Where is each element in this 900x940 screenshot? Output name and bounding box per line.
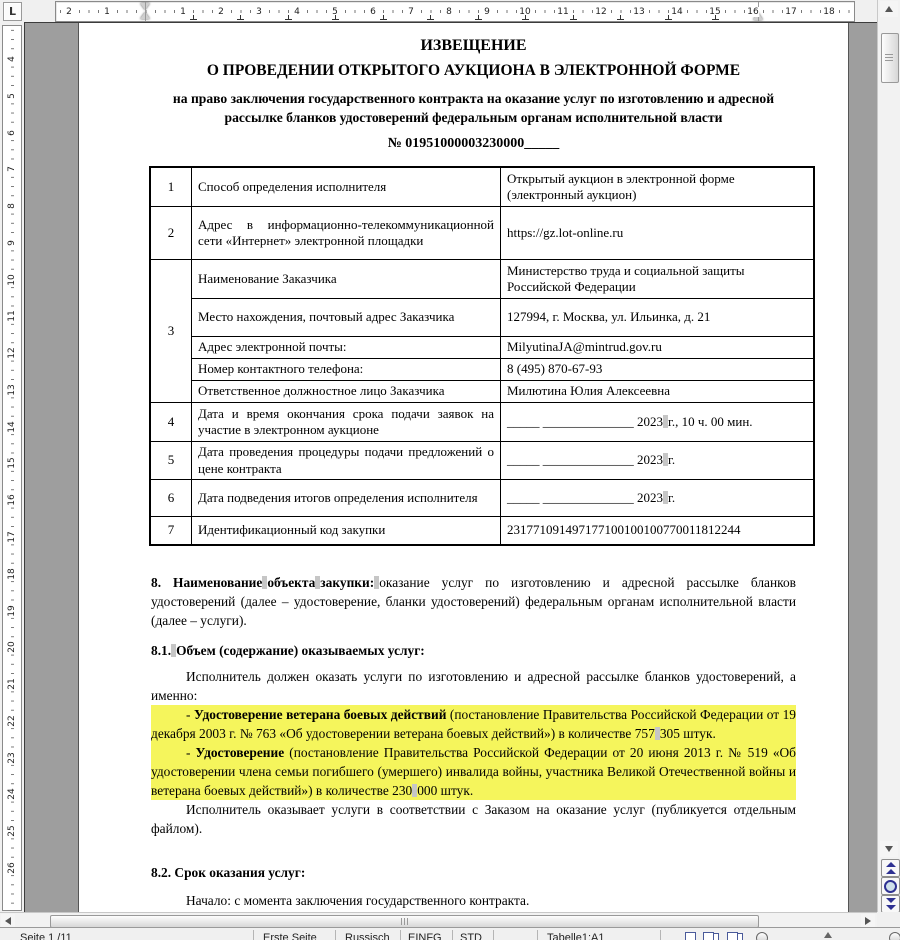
tab-stop-mark — [475, 15, 482, 20]
ruler-number: 10 — [7, 273, 17, 286]
ruler-number: 11 — [556, 7, 569, 17]
horizontal-scrollbar[interactable] — [0, 912, 877, 928]
ruler-number: 17 — [784, 7, 797, 17]
navigation-dot-icon — [884, 880, 897, 893]
ruler-number: 22 — [7, 714, 17, 727]
notice-info-table: 1 Способ определения исполнителя Открыты… — [149, 166, 815, 546]
tab-stop-mark — [285, 15, 292, 20]
double-triangle-down-icon — [886, 898, 896, 903]
ruler-number: 23 — [7, 751, 17, 764]
scroll-up-icon — [885, 6, 893, 12]
ruler-number: 9 — [483, 7, 491, 17]
order-paragraph: Исполнитель оказывает услуги в соответст… — [151, 800, 796, 838]
ruler-number: 16 — [746, 7, 759, 17]
scroll-down-icon — [885, 846, 893, 852]
ruler-number: 24 — [7, 788, 17, 801]
ruler-number: 15 — [7, 457, 17, 470]
ruler-number: 3 — [255, 7, 263, 17]
layout-multi-page-icon[interactable] — [703, 932, 714, 940]
tab-stop-mark — [522, 15, 529, 20]
doc-subtitle: на право заключения государственного кон… — [151, 89, 796, 127]
section-8-heading-paragraph: 8. Наименованиеобъектазакупки:оказание у… — [151, 573, 796, 630]
doc-number-line: № 01951000003230000_____ — [151, 134, 796, 153]
highlight-paragraph-2: - Удостоверение (постановление Правитель… — [151, 743, 796, 800]
ruler-number: 25 — [7, 824, 17, 837]
scroll-left-button[interactable] — [1, 914, 15, 927]
zoom-value-icon[interactable] — [889, 932, 900, 940]
status-selection-mode[interactable]: STD — [460, 932, 482, 940]
navigation-button[interactable] — [881, 877, 900, 895]
status-bar: Seite 1 /11 Erste Seite Russisch EINFG S… — [0, 927, 900, 940]
highlight-paragraph-1: - Удостоверение ветерана боевых действий… — [151, 705, 796, 743]
vertical-scrollbar[interactable] — [877, 0, 900, 912]
tab-stop-mark — [427, 15, 434, 20]
tab-stop-mark — [570, 15, 577, 20]
ruler-number: 2 — [65, 7, 73, 17]
ruler-number: 11 — [7, 310, 17, 323]
tab-stop-mark — [332, 15, 339, 20]
ruler-number: 8 — [445, 7, 453, 17]
ruler-number: 6 — [7, 129, 17, 137]
tab-stop-mark — [665, 15, 672, 20]
previous-page-button[interactable] — [881, 859, 900, 877]
tab-stop-mark — [712, 15, 719, 20]
status-page-style[interactable]: Erste Seite — [263, 932, 317, 940]
status-insert-mode[interactable]: EINFG — [408, 932, 442, 940]
ruler-number: 2 — [217, 7, 225, 17]
scroll-down-button[interactable] — [880, 841, 898, 857]
start-paragraph: Начало: с момента заключения государстве… — [151, 891, 796, 910]
status-table-cell: Tabelle1:A1 — [547, 932, 605, 940]
document-workspace: ИЗВЕЩЕНИЕ О ПРОВЕДЕНИИ ОТКРЫТОГО АУКЦИОН… — [24, 22, 877, 913]
scroll-up-button[interactable] — [880, 1, 898, 17]
vertical-scrollbar-thumb[interactable] — [881, 33, 899, 83]
horizontal-ruler[interactable]: 21123456789101112131415161718 — [55, 1, 855, 22]
document-page[interactable]: ИЗВЕЩЕНИЕ О ПРОВЕДЕНИИ ОТКРЫТОГО АУКЦИОН… — [78, 23, 849, 913]
doc-title: ИЗВЕЩЕНИЕ — [151, 36, 796, 56]
section-8-1-heading: 8.1.Объем (содержание) оказываемых услуг… — [151, 641, 796, 660]
ruler-number: 1 — [179, 7, 187, 17]
table-row: Адрес электронной почты: MilyutinaJA@min… — [150, 337, 814, 359]
ruler-number: 9 — [7, 239, 17, 247]
ruler-number: 6 — [369, 7, 377, 17]
ruler-number: 26 — [7, 861, 17, 874]
tab-stop-mark — [190, 15, 197, 20]
ruler-bar: L 21123456789101112131415161718 — [0, 0, 876, 22]
scroll-right-icon — [865, 917, 871, 925]
zoom-slider-knob[interactable] — [756, 932, 768, 940]
ruler-number: 18 — [822, 7, 835, 17]
table-row: 2 Адрес в информационно-телекоммуникацио… — [150, 207, 814, 260]
scrollbar-corner — [877, 912, 900, 927]
vertical-ruler-column: 4567891011121314151617181920212223242526 — [0, 22, 24, 912]
table-row: Номер контактного телефона: 8 (495) 870-… — [150, 359, 814, 381]
ruler-number: 12 — [594, 7, 607, 17]
table-row: Ответственное должностное лицо Заказчика… — [150, 381, 814, 403]
double-triangle-down-icon2 — [886, 905, 896, 910]
ruler-number: 14 — [670, 7, 683, 17]
ruler-number: 16 — [7, 494, 17, 507]
ruler-number: 7 — [407, 7, 415, 17]
layout-book-icon[interactable] — [727, 932, 738, 940]
table-row: 3 Наименование Заказчика Министерство тр… — [150, 260, 814, 299]
next-page-button[interactable] — [881, 895, 900, 913]
ruler-number: 13 — [632, 7, 645, 17]
ruler-number: 19 — [7, 604, 17, 617]
table-row: 7 Идентификационный код закупки 23177109… — [150, 517, 814, 546]
ruler-number: 14 — [7, 420, 17, 433]
doc-title-line2: О ПРОВЕДЕНИИ ОТКРЫТОГО АУКЦИОНА В ЭЛЕКТР… — [151, 61, 796, 81]
status-page-number[interactable]: Seite 1 /11 — [20, 932, 72, 940]
double-triangle-up-icon — [886, 862, 896, 867]
left-margin-line — [145, 2, 146, 21]
ruler-number: 12 — [7, 346, 17, 359]
ruler-number: 1 — [103, 7, 111, 17]
zoom-marker-icon[interactable] — [824, 932, 832, 938]
table-row: 4 Дата и время окончания срока подачи за… — [150, 403, 814, 442]
ruler-number: 8 — [7, 202, 17, 210]
intro-paragraph: Исполнитель должен оказать услуги по изг… — [151, 667, 796, 705]
ruler-number: 21 — [7, 677, 17, 690]
scroll-right-button[interactable] — [861, 914, 875, 927]
section-8-2-heading: 8.2. Срок оказания услуг: — [151, 863, 796, 882]
ruler-number: 18 — [7, 567, 17, 580]
tab-stop-mark — [237, 15, 244, 20]
ruler-number: 7 — [7, 165, 17, 173]
ruler-number: 4 — [293, 7, 301, 17]
tab-stop-mark — [380, 15, 387, 20]
ruler-number: 20 — [7, 641, 17, 654]
ruler-number: 17 — [7, 530, 17, 543]
scroll-left-icon — [5, 917, 11, 925]
double-triangle-up-icon2 — [886, 869, 896, 874]
ruler-number: 5 — [7, 92, 17, 100]
table-row: 5 Дата проведения процедуры подачи предл… — [150, 442, 814, 480]
vertical-ruler[interactable]: 4567891011121314151617181920212223242526 — [2, 25, 22, 911]
table-row: 1 Способ определения исполнителя Открыты… — [150, 167, 814, 207]
ruler-number: 13 — [7, 383, 17, 396]
layout-single-page-icon[interactable] — [685, 932, 696, 940]
highlighted-block: - Удостоверение ветерана боевых действий… — [151, 705, 796, 800]
table-row: 6 Дата подведения итогов определения исп… — [150, 480, 814, 517]
tab-stop-selector-icon[interactable]: L — [3, 2, 22, 21]
table-row: Место нахождения, почтовый адрес Заказчи… — [150, 299, 814, 337]
ruler-number: 4 — [7, 55, 17, 63]
tab-stop-mark — [617, 15, 624, 20]
status-language[interactable]: Russisch — [345, 932, 390, 940]
